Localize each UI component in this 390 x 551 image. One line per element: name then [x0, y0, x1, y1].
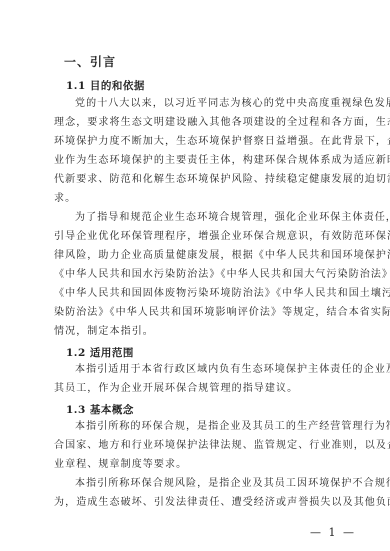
- subsection-heading-1-1: 1.1 目的和依据: [66, 78, 145, 93]
- paragraph-line: 《中华人民共和国水污染防治法》《中华人民共和国大气污染防治法》: [54, 269, 342, 281]
- paragraph-line: 代新要求、防范和化解生态环境保护风险、持续稳定健康发展的迫切需: [54, 174, 342, 186]
- paragraph-line: 《中华人民共和国固体废物污染环境防治法》《中华人民共和国土壤污: [54, 288, 342, 300]
- paragraph-line: 环境保护力度不断加大，生态环境保护督察日益增强。在此背景下，企: [54, 136, 342, 148]
- subsection-heading-1-2: 1.2 适用范围: [66, 345, 134, 360]
- paragraph-line: 情况，制定本指引。: [54, 326, 342, 338]
- paragraph-line: 其员工，作为企业开展环保合规管理的指导建议。: [54, 383, 342, 395]
- section-title: 一、引言: [64, 53, 116, 70]
- paragraph-line: 染防治法》《中华人民共和国环境影响评价法》等规定，结合本省实际: [54, 307, 342, 319]
- paragraph-line: 为，造成生态破坏、引发法律责任、遭受经济或声誉损失以及其他负面: [54, 497, 342, 509]
- paragraph-line: 本指引所称的环保合规，是指企业及其员工的生产经营管理行为符: [75, 421, 342, 433]
- page-number: — 1 —: [310, 526, 356, 539]
- paragraph-line: 本指引所称环保合规风险，是指企业及其员工因环境保护不合规行: [75, 478, 342, 490]
- paragraph-line: 律风险，助力企业高质量健康发展，根据《中华人民共和国环境保护法》: [54, 250, 342, 262]
- paragraph-line: 引导企业优化环保管理程序，增强企业环保合规意识，有效防范环保法: [54, 231, 342, 243]
- paragraph-line: 本指引适用于本省行政区域内负有生态环境保护主体责任的企业及: [75, 364, 342, 376]
- paragraph-line: 为了指导和规范企业生态环境合规管理，强化企业环保主体责任，: [75, 212, 342, 224]
- paragraph-line: 业作为生态环境保护的主要责任主体，构建环保合规体系成为适应新时: [54, 155, 342, 167]
- paragraph-line: 业章程、规章制度等要求。: [54, 459, 342, 471]
- paragraph-line: 理念，要求将生态文明建设融入其他各项建设的全过程和各方面，生态: [54, 117, 342, 129]
- document-page: 一、引言 1.1 目的和依据 党的十八大以来，以习近平同志为核心的党中央高度重视…: [0, 0, 390, 551]
- subsection-heading-1-3: 1.3 基本概念: [66, 402, 134, 417]
- paragraph-line: 党的十八大以来，以习近平同志为核心的党中央高度重视绿色发展: [75, 98, 342, 110]
- paragraph-line: 求。: [54, 193, 342, 205]
- paragraph-line: 合国家、地方和行业环境保护法律法规、监管规定、行业准则，以及企: [54, 440, 342, 452]
